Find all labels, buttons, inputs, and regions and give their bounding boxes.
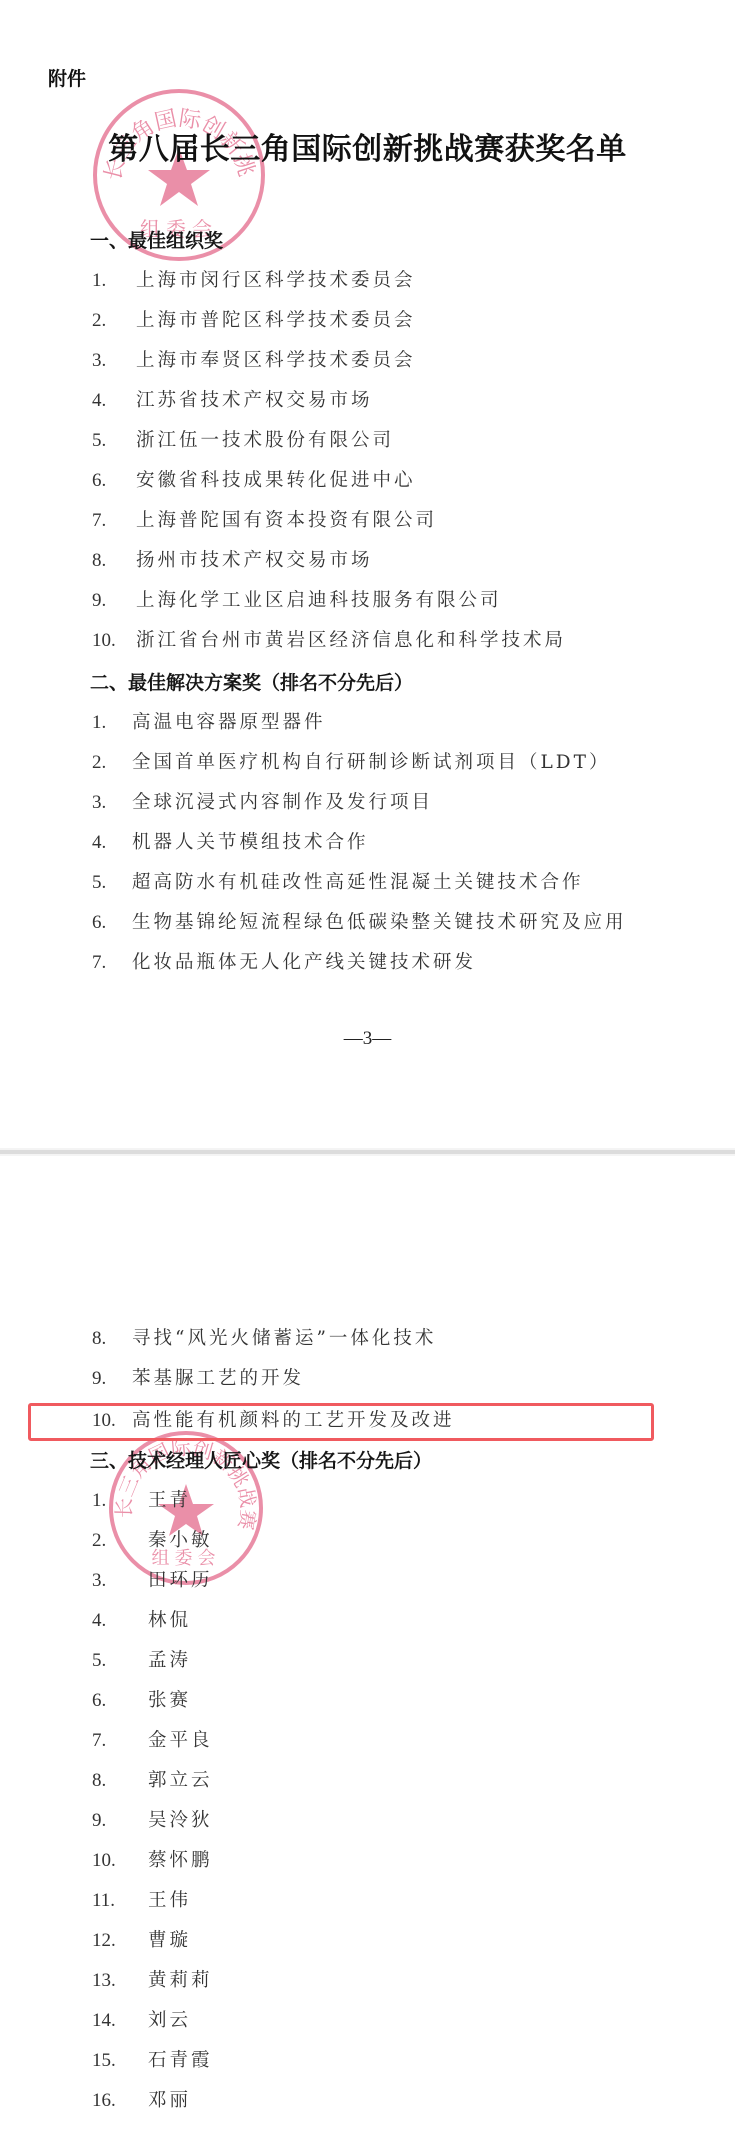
list-item: 16.邓丽	[92, 2086, 191, 2112]
section-heading-tech-manager: 三、技术经理人匠心奖（排名不分先后）	[90, 1446, 432, 1473]
section-heading-best-organization: 一、最佳组织奖	[90, 226, 223, 253]
list-item: 4.林侃	[92, 1606, 191, 1632]
attachment-label: 附件	[48, 64, 86, 91]
list-item: 2.秦小敏	[92, 1526, 213, 1552]
list-item: 3.上海市奉贤区科学技术委员会	[92, 346, 416, 372]
page-number: —3—	[0, 1028, 735, 1050]
highlight-box	[28, 1403, 654, 1441]
list-item: 1.高温电容器原型器件	[92, 708, 326, 734]
list-item: 9.吴泠狄	[92, 1806, 213, 1832]
list-item: 1.上海市闵行区科学技术委员会	[92, 266, 416, 292]
list-item: 1.王青	[92, 1486, 191, 1512]
list-item: 8.郭立云	[92, 1766, 213, 1792]
list-item: 6.生物基锦纶短流程绿色低碳染整关键技术研究及应用	[92, 908, 627, 934]
list-item: 10.浙江省台州市黄岩区经济信息化和科学技术局	[92, 626, 566, 652]
list-item: 5.孟涛	[92, 1646, 191, 1672]
list-item: 6.安徽省科技成果转化促进中心	[92, 466, 416, 492]
list-item: 2.全国首单医疗机构自行研制诊断试剂项目（LDT）	[92, 748, 610, 774]
list-item: 6.张赛	[92, 1686, 191, 1712]
list-item: 11.王伟	[92, 1886, 191, 1912]
list-item: 5.浙江伍一技术股份有限公司	[92, 426, 394, 452]
list-item: 12.曹璇	[92, 1926, 191, 1952]
list-item: 8.扬州市技术产权交易市场	[92, 546, 373, 572]
list-item: 13.黄莉莉	[92, 1966, 213, 1992]
list-item: 5.超高防水有机硅改性高延性混凝土关键技术合作	[92, 868, 584, 894]
list-item: 4.江苏省技术产权交易市场	[92, 386, 373, 412]
list-item: 4.机器人关节模组技术合作	[92, 828, 369, 854]
list-item: 3.全球沉浸式内容制作及发行项目	[92, 788, 433, 814]
page-divider	[0, 1148, 735, 1156]
list-item: 10.蔡怀鹏	[92, 1846, 213, 1872]
list-item: 2.上海市普陀区科学技术委员会	[92, 306, 416, 332]
list-item: 7.化妆品瓶体无人化产线关键技术研发	[92, 948, 476, 974]
section-heading-best-solution: 二、最佳解决方案奖（排名不分先后）	[90, 668, 413, 695]
document-page-3: 长三角国际创新挑战赛 组委会 附件 第八届长三角国际创新挑战赛获奖名单 一、最佳…	[0, 0, 735, 1148]
list-item: 9.苯基脲工艺的开发	[92, 1364, 304, 1390]
list-item: 7.上海普陀国有资本投资有限公司	[92, 506, 437, 532]
list-item: 15.石青霞	[92, 2046, 213, 2072]
list-item: 7.金平良	[92, 1726, 213, 1752]
list-item: 8.寻找“风光火储蓄运”一体化技术	[92, 1324, 436, 1350]
list-item: 9.上海化学工业区启迪科技服务有限公司	[92, 586, 502, 612]
list-item: 14.刘云	[92, 2006, 191, 2032]
document-title: 第八届长三角国际创新挑战赛获奖名单	[0, 124, 735, 168]
list-item: 3.田环历	[92, 1566, 213, 1592]
